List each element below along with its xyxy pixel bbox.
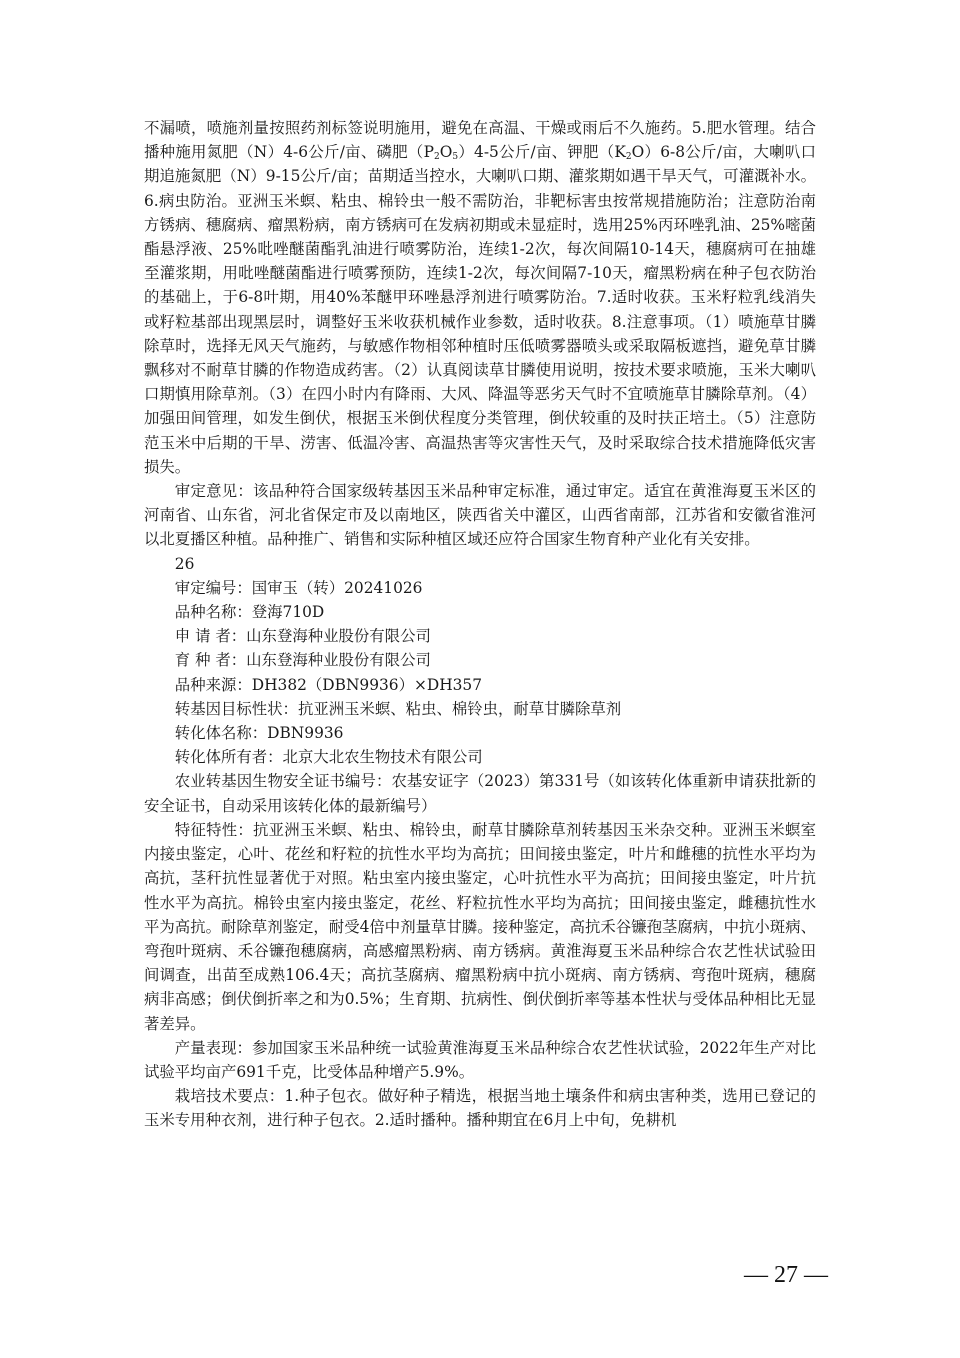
yield-paragraph: 产量表现：参加国家玉米品种统一试验黄淮海夏玉米品种综合农艺性状试验，2022年生… (144, 1036, 816, 1084)
approval-opinion: 审定意见：该品种符合国家级转基因玉米品种审定标准，通过审定。适宜在黄淮海夏玉米区… (144, 479, 816, 552)
field-variety-name: 品种名称：登海710D (144, 600, 816, 624)
field-value: DH382（DBN9936）×DH357 (252, 676, 482, 694)
field-label: 申 请 者： (175, 627, 246, 645)
field-variety-source: 品种来源：DH382（DBN9936）×DH357 (144, 673, 816, 697)
field-value: 登海710D (252, 603, 325, 621)
field-value: 国审玉（转）20241026 (252, 579, 423, 597)
field-label: 审定编号： (175, 579, 252, 597)
characteristics-paragraph: 特征特性：抗亚洲玉米螟、粘虫、棉铃虫，耐草甘膦除草剂转基因玉米杂交种。亚洲玉米螟… (144, 818, 816, 1036)
biosafety-certificate: 农业转基因生物安全证书编号：农基安证字（2023）第331号（如该转化体重新申请… (144, 769, 816, 817)
text-run: O (440, 143, 453, 161)
entry-number: 26 (144, 552, 816, 576)
cultivation-paragraph: 栽培技术要点：1.种子包衣。做好种子精选，根据当地土壤条件和病虫害种类，选用已登… (144, 1084, 816, 1132)
field-applicant: 申 请 者：山东登海种业股份有限公司 (144, 624, 816, 648)
field-label: 转化体名称： (175, 724, 267, 742)
field-value: 山东登海种业股份有限公司 (246, 651, 431, 669)
field-event-name: 转化体名称：DBN9936 (144, 721, 816, 745)
field-approval-number: 审定编号：国审玉（转）20241026 (144, 576, 816, 600)
field-label: 转化体所有者： (175, 748, 283, 766)
field-value: 抗亚洲玉米螟、粘虫、棉铃虫，耐草甘膦除草剂 (298, 700, 621, 718)
field-value: DBN9936 (267, 724, 343, 742)
field-event-owner: 转化体所有者：北京大北农生物技术有限公司 (144, 745, 816, 769)
field-label: 转基因目标性状： (175, 700, 298, 718)
field-label: 品种名称： (175, 603, 252, 621)
field-value: 山东登海种业股份有限公司 (246, 627, 431, 645)
text-run: ）4-5公斤/亩、钾肥（K (458, 143, 626, 161)
page-number: — 27 — (0, 1262, 828, 1289)
field-transgenic-traits: 转基因目标性状：抗亚洲玉米螟、粘虫、棉铃虫，耐草甘膦除草剂 (144, 697, 816, 721)
text-run: O）6-8公斤/亩，大喇叭口期追施氮肥（N）9-15公斤/亩；苗期适当控水，大喇… (144, 143, 816, 476)
field-value: 北京大北农生物技术有限公司 (283, 748, 483, 766)
field-label: 育 种 者： (175, 651, 246, 669)
continuation-paragraph: 不漏喷，喷施剂量按照药剂标签说明施用，避免在高温、干燥或雨后不久施药。5.肥水管… (144, 116, 816, 479)
field-breeder: 育 种 者：山东登海种业股份有限公司 (144, 648, 816, 672)
field-label: 品种来源： (175, 676, 252, 694)
document-page: 不漏喷，喷施剂量按照药剂标签说明施用，避免在高温、干燥或雨后不久施药。5.肥水管… (144, 116, 816, 1133)
